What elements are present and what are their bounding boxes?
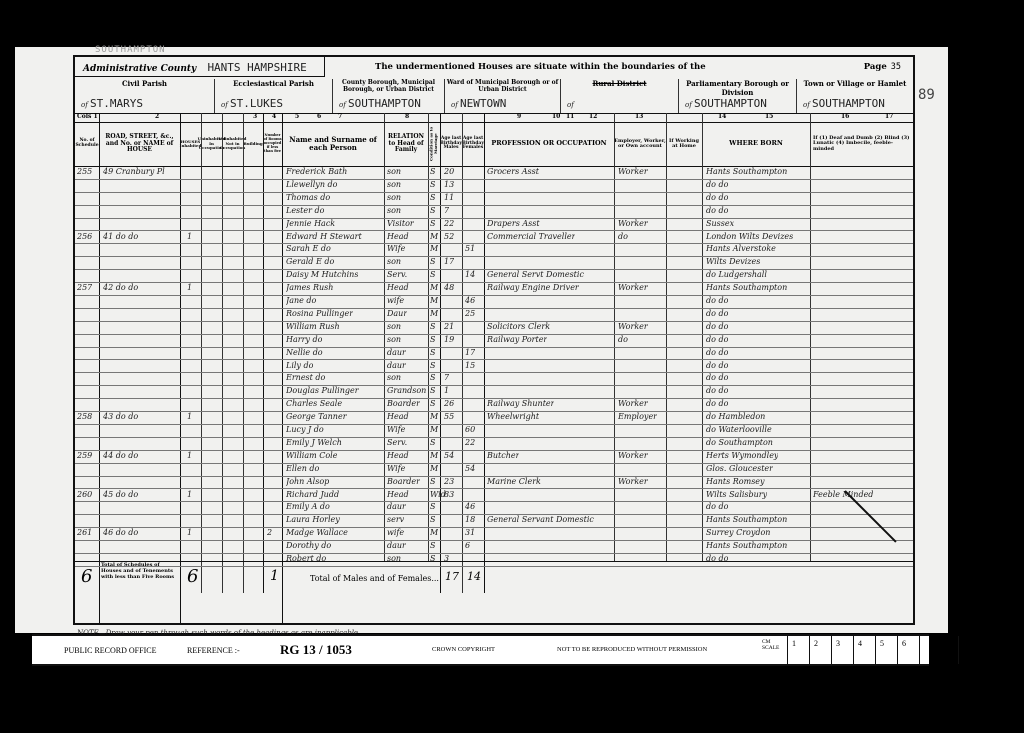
age-male: 17	[444, 257, 454, 266]
age-female: 17	[465, 348, 475, 357]
relation: Wife	[387, 425, 405, 434]
condition: S	[430, 541, 435, 550]
age-male: 7	[444, 206, 449, 215]
birthplace: do Ludgershall	[706, 270, 767, 279]
inhabited: 1	[187, 451, 192, 460]
person-name: Edward H Stewart	[286, 232, 362, 241]
birthplace: Glos. Gloucester	[706, 464, 773, 473]
table-row: Dorothy dodaurS6Hants Southampton	[75, 540, 913, 554]
totals-row: 6 Total of Schedules of Houses and of Te…	[75, 561, 913, 595]
age-male: 26	[444, 399, 454, 408]
condition: M	[430, 296, 438, 305]
table-row: Emily A dodaurS46do do	[75, 501, 913, 515]
age-female: 31	[465, 528, 475, 537]
schedule-number: 255	[77, 167, 92, 176]
county-borough: County Borough, Municipal Borough, or Ur…	[333, 79, 445, 113]
employment: Worker	[618, 451, 648, 460]
age-male: 13	[444, 180, 454, 189]
birthplace: do do	[706, 180, 728, 189]
table-row: Thomas dosonS11do do	[75, 192, 913, 206]
age-female: 60	[465, 425, 475, 434]
address: 43 do do	[103, 412, 138, 421]
occupation: Railway Shunter	[487, 399, 554, 408]
age-female: 18	[465, 515, 475, 524]
county-value: HANTS HAMPSHIRE	[207, 61, 306, 74]
scale-label: CM SCALE	[762, 639, 782, 651]
relation: Boarder	[387, 477, 420, 486]
town: Town or Village or Hamlet SOUTHAMPTON	[797, 79, 913, 113]
administrative-county: Administrative County HANTS HAMPSHIRE	[75, 57, 325, 77]
person-name: Emily J Welch	[286, 438, 342, 447]
district-stamp: SOUTHAMPTON	[95, 45, 166, 55]
person-name: Jennie Hack	[286, 219, 335, 228]
employment: Worker	[618, 399, 648, 408]
condition: S	[430, 193, 435, 202]
total-females: 14	[467, 570, 481, 583]
age-male: 23	[444, 477, 454, 486]
birthplace: do do	[706, 309, 728, 318]
relation: son	[387, 373, 401, 382]
table-row: Lester dosonS7do do	[75, 205, 913, 219]
form-header: Administrative County HANTS HAMPSHIRE Th…	[75, 57, 913, 114]
relation: daur	[387, 502, 406, 511]
person-name: Jane do	[286, 296, 316, 305]
birthplace: do do	[706, 399, 728, 408]
person-name: Lucy J do	[286, 425, 324, 434]
schedule-number: 259	[77, 451, 92, 460]
person-name: Sarah E do	[286, 244, 331, 253]
age-female: 46	[465, 296, 475, 305]
condition: S	[430, 219, 435, 228]
table-row: Gerald E dosonS17Wilts Devizes	[75, 256, 913, 270]
relation: wife	[387, 296, 404, 305]
relation: Head	[387, 490, 409, 499]
table-row: 26045 do do1Richard JuddHeadWid83Wilts S…	[75, 489, 913, 503]
condition: S	[430, 477, 435, 486]
intro-text: The undermentioned Houses are situate wi…	[375, 62, 706, 72]
address: 45 do do	[103, 490, 138, 499]
condition: M	[430, 425, 438, 434]
person-name: Charles Seale	[286, 399, 342, 408]
civil-parish: Civil Parish ST.MARYS	[75, 79, 215, 113]
person-name: Thomas do	[286, 193, 330, 202]
age-male: 11	[444, 193, 454, 202]
schedule-number: 256	[77, 232, 92, 241]
age-male: 7	[444, 373, 449, 382]
occupation: Drapers Asst	[487, 219, 540, 228]
table-row: Charles SealeBoarderS26Railway ShunterWo…	[75, 398, 913, 412]
age-female: 22	[465, 438, 475, 447]
age-male: 20	[444, 167, 454, 176]
relation: Serv.	[387, 438, 407, 447]
birthplace: Herts Wymondley	[706, 451, 778, 460]
schedule-number: 260	[77, 490, 92, 499]
person-name: Ellen do	[286, 464, 319, 473]
page-number: Page35	[864, 62, 901, 72]
total-schedules: 6	[81, 566, 92, 587]
birthplace: Wilts Devizes	[706, 257, 760, 266]
relation: son	[387, 322, 401, 331]
employment: Worker	[618, 477, 648, 486]
birthplace: do do	[706, 361, 728, 370]
table-row: Nellie dodaurS17do do	[75, 347, 913, 361]
table-row: Douglas PullingerGrandsonS1do do	[75, 385, 913, 399]
permission-label: NOT TO BE REPRODUCED WITHOUT PERMISSION	[557, 646, 707, 653]
males-females-label: Total of Males and of Females...	[310, 574, 439, 583]
person-name: Llewellyn do	[286, 180, 337, 189]
relation: wife	[387, 528, 404, 537]
person-name: Harry do	[286, 335, 322, 344]
relation: Head	[387, 283, 409, 292]
table-row: Llewellyn dosonS13do do	[75, 179, 913, 193]
address: 42 do do	[103, 283, 138, 292]
condition: S	[430, 361, 435, 370]
person-name: Emily A do	[286, 502, 330, 511]
relation: Wife	[387, 244, 405, 253]
age-male: 19	[444, 335, 454, 344]
relation: daur	[387, 361, 406, 370]
relation: Wife	[387, 464, 405, 473]
birthplace: Hants Romsey	[706, 477, 765, 486]
age-female: 51	[465, 244, 475, 253]
relation: daur	[387, 348, 406, 357]
relation: Daur	[387, 309, 407, 318]
person-name: Ernest do	[286, 373, 325, 382]
birthplace: Hants Southampton	[706, 167, 787, 176]
employment: Worker	[618, 167, 648, 176]
total-rooms: 1	[270, 568, 279, 584]
employment: Worker	[618, 322, 648, 331]
person-name: William Cole	[286, 451, 337, 460]
table-row: Ernest dosonS7do do	[75, 372, 913, 386]
relation: Head	[387, 232, 409, 241]
person-name: Madge Wallace	[286, 528, 348, 537]
reference-label: REFERENCE :-	[187, 646, 240, 655]
condition: M	[430, 528, 438, 537]
table-row: Harry dosonS19Railway Porterdodo do	[75, 334, 913, 348]
occupation: Butcher	[487, 451, 519, 460]
address: 41 do do	[103, 232, 138, 241]
birthplace: Sussex	[706, 219, 734, 228]
inhabited: 1	[187, 490, 192, 499]
reference-number: RG 13 / 1053	[280, 642, 352, 658]
table-row: William RushsonS21Solicitors ClerkWorker…	[75, 321, 913, 335]
condition: M	[430, 283, 438, 292]
total-males: 17	[445, 570, 459, 583]
age-male: 21	[444, 322, 454, 331]
condition: S	[430, 322, 435, 331]
table-row: 26146 do do12Madge WallacewifeM31Surrey …	[75, 527, 913, 541]
condition: S	[430, 335, 435, 344]
rooms: 2	[267, 528, 272, 537]
birthplace: Hants Southampton	[706, 283, 787, 292]
ward: Ward of Municipal Borough or of Urban Di…	[445, 79, 561, 113]
relation: son	[387, 257, 401, 266]
birthplace: do Southampton	[706, 438, 773, 447]
birthplace: do Waterlooville	[706, 425, 772, 434]
employment: Worker	[618, 283, 648, 292]
table-row: Ellen doWifeM54Glos. Gloucester	[75, 463, 913, 477]
condition: S	[430, 348, 435, 357]
birthplace: do do	[706, 296, 728, 305]
copyright-label: CROWN COPYRIGHT	[432, 646, 495, 653]
schedule-number: 258	[77, 412, 92, 421]
condition: S	[430, 515, 435, 524]
archive-footer: PUBLIC RECORD OFFICE REFERENCE :- RG 13 …	[32, 634, 929, 666]
condition: S	[430, 502, 435, 511]
census-form: Administrative County HANTS HAMPSHIRE Th…	[73, 55, 915, 625]
occupation: Railway Engine Driver	[487, 283, 579, 292]
person-name: Rosina Pullinger	[286, 309, 353, 318]
condition: S	[430, 438, 435, 447]
table-row: John AlsopBoarderS23Marine ClerkWorkerHa…	[75, 476, 913, 490]
birthplace: Hants Alverstoke	[706, 244, 776, 253]
condition: S	[430, 373, 435, 382]
condition: S	[430, 167, 435, 176]
age-male: 52	[444, 232, 454, 241]
relation: Visitor	[387, 219, 414, 228]
employment: Worker	[618, 219, 648, 228]
table-row: Rosina PullingerDaurM25do do	[75, 308, 913, 322]
totals-label: Total of Schedules of Houses and of Tene…	[101, 563, 177, 580]
birthplace: do do	[706, 386, 728, 395]
address: 49 Cranbury Pl	[103, 167, 165, 176]
occupation: Grocers Asst	[487, 167, 539, 176]
occupation: Railway Porter	[487, 335, 547, 344]
schedule-number: 261	[77, 528, 92, 537]
table-row: Lucy J doWifeM60do Waterlooville	[75, 424, 913, 438]
age-male: 48	[444, 283, 454, 292]
relation: Head	[387, 412, 409, 421]
table-row: Emily J WelchServ.S22do Southampton	[75, 437, 913, 451]
inhabited: 1	[187, 528, 192, 537]
table-row: Jennie HackVisitorS22Drapers AsstWorkerS…	[75, 218, 913, 232]
condition: S	[430, 386, 435, 395]
condition: M	[430, 451, 438, 460]
occupation: Solicitors Clerk	[487, 322, 550, 331]
person-name: William Rush	[286, 322, 340, 331]
table-row: Sarah E doWifeM51Hants Alverstoke	[75, 243, 913, 257]
table-row: 25944 do do1William ColeHeadM54ButcherWo…	[75, 450, 913, 464]
birthplace: do do	[706, 502, 728, 511]
relation: Grandson	[387, 386, 426, 395]
person-name: Gerald E do	[286, 257, 334, 266]
office-label: PUBLIC RECORD OFFICE	[64, 646, 156, 655]
schedule-number: 257	[77, 283, 92, 292]
relation: Serv.	[387, 270, 407, 279]
age-male: 55	[444, 412, 454, 421]
person-name: Laura Horley	[286, 515, 340, 524]
cm-scale: 1 2 3 4 5 6	[787, 636, 959, 664]
inhabited: 1	[187, 412, 192, 421]
relation: son	[387, 180, 401, 189]
employment: Employer	[618, 412, 657, 421]
table-row: 25641 do do1Edward H StewartHeadM52Comme…	[75, 231, 913, 245]
employment: do	[618, 232, 628, 241]
age-female: 6	[465, 541, 470, 550]
folio-number: 89	[918, 87, 935, 103]
person-name: Frederick Bath	[286, 167, 347, 176]
employment: do	[618, 335, 628, 344]
age-female: 14	[465, 270, 475, 279]
person-name: John Alsop	[286, 477, 329, 486]
table-row: 25742 do do1James RushHeadM48Railway Eng…	[75, 282, 913, 296]
table-row: Daisy M HutchinsServ.S14General Servt Do…	[75, 269, 913, 283]
condition: S	[430, 206, 435, 215]
occupation: Marine Clerk	[487, 477, 541, 486]
person-name: Douglas Pullinger	[286, 386, 359, 395]
birthplace: do do	[706, 348, 728, 357]
census-page: SOUTHAMPTON 89 Administrative County HAN…	[15, 47, 948, 633]
table-row: Jane dowifeM46do do	[75, 295, 913, 309]
inhabited: 1	[187, 232, 192, 241]
condition: M	[430, 464, 438, 473]
person-name: Daisy M Hutchins	[286, 270, 358, 279]
condition: S	[430, 270, 435, 279]
condition: M	[430, 309, 438, 318]
ecclesiastical-parish: Ecclesiastical Parish ST.LUKES	[215, 79, 333, 113]
address: 44 do do	[103, 451, 138, 460]
age-male: 83	[444, 490, 454, 499]
birthplace: do do	[706, 373, 728, 382]
total-inhabited: 6	[187, 566, 198, 587]
table-row: Laura HorleyservS18General Servant Domes…	[75, 514, 913, 528]
person-name: Lester do	[286, 206, 324, 215]
age-male: 22	[444, 219, 454, 228]
condition: M	[430, 232, 438, 241]
birthplace: do do	[706, 322, 728, 331]
condition: S	[430, 399, 435, 408]
person-name: Nellie do	[286, 348, 323, 357]
relation: son	[387, 167, 401, 176]
relation: son	[387, 193, 401, 202]
age-female: 15	[465, 361, 475, 370]
relation: daur	[387, 541, 406, 550]
birthplace: Hants Southampton	[706, 541, 787, 550]
person-name: George Tanner	[286, 412, 347, 421]
birthplace: Surrey Croydon	[706, 528, 770, 537]
birthplace: do do	[706, 193, 728, 202]
address: 46 do do	[103, 528, 138, 537]
occupation: General Servant Domestic	[487, 515, 594, 524]
occupation: General Servt Domestic	[487, 270, 584, 279]
relation: son	[387, 335, 401, 344]
relation: Head	[387, 451, 409, 460]
birthplace: London Wilts Devizes	[706, 232, 793, 241]
person-name: Richard Judd	[286, 490, 339, 499]
birthplace: Hants Southampton	[706, 515, 787, 524]
age-female: 25	[465, 309, 475, 318]
table-row: 25549 Cranbury PlFrederick BathsonS20Gro…	[75, 166, 913, 180]
relation: son	[387, 206, 401, 215]
relation: serv	[387, 515, 404, 524]
table-row: 25843 do do1George TannerHeadM55Wheelwri…	[75, 411, 913, 425]
parliamentary-borough: Parliamentary Borough or Division SOUTHA…	[679, 79, 797, 113]
person-name: Dorothy do	[286, 541, 331, 550]
relation: Boarder	[387, 399, 420, 408]
age-male: 1	[444, 386, 449, 395]
occupation: Commercial Traveller	[487, 232, 575, 241]
condition: M	[430, 244, 438, 253]
condition: S	[430, 257, 435, 266]
age-male: 54	[444, 451, 454, 460]
rural-district: Rural District	[561, 79, 679, 113]
inhabited: 1	[187, 283, 192, 292]
condition: S	[430, 180, 435, 189]
age-female: 46	[465, 502, 475, 511]
birthplace: Wilts Salisbury	[706, 490, 767, 499]
birthplace: do do	[706, 206, 728, 215]
age-female: 54	[465, 464, 475, 473]
table-row: Lily dodaurS15do do	[75, 360, 913, 374]
birthplace: do do	[706, 335, 728, 344]
birthplace: do Hambledon	[706, 412, 765, 421]
person-name: Lily do	[286, 361, 313, 370]
occupation: Wheelwright	[487, 412, 539, 421]
condition: M	[430, 412, 438, 421]
person-name: James Rush	[286, 283, 333, 292]
